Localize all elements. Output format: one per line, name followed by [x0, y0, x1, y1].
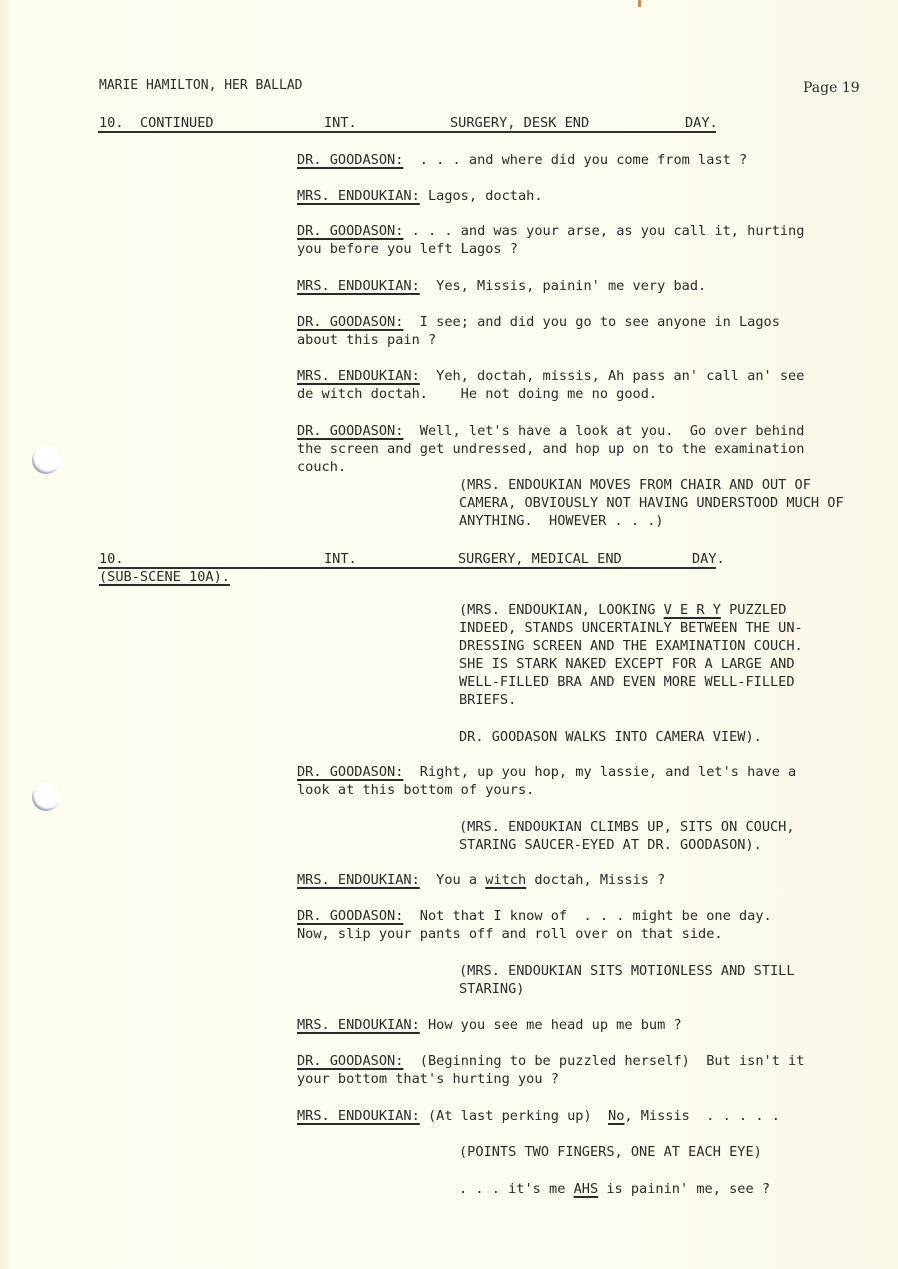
dialogue-line: DR. GOODASON: Not that I know of . . . m… [297, 907, 772, 943]
stage-direction: DR. GOODASON WALKS INTO CAMERA VIEW). [459, 728, 762, 746]
dialogue-line: MRS. ENDOUKIAN: How you see me head up m… [297, 1016, 682, 1034]
speaker-name: DR. GOODASON: [297, 152, 403, 168]
scene-int-ext: INT. [324, 550, 357, 568]
direction-line: (MRS. ENDOUKIAN CLIMBS UP, SITS ON COUCH… [459, 819, 795, 835]
dialogue-text: . . . and was your arse, as you call it,… [403, 223, 804, 239]
dialogue-text: about this pain ? [297, 332, 436, 348]
scene-time: DAY. [692, 550, 725, 568]
dialogue-text: de witch doctah. He not doing me no good… [297, 386, 657, 402]
scene-number: 10. [99, 550, 124, 568]
punch-hole-top [32, 446, 60, 474]
dialogue-line: MRS. ENDOUKIAN: Yeh, doctah, missis, Ah … [297, 367, 804, 403]
speaker-name: DR. GOODASON: [297, 1053, 403, 1069]
dialogue-text: the screen and get undressed, and hop up… [297, 441, 804, 457]
direction-line: STARING SAUCER-EYED AT DR. GOODASON). [459, 837, 762, 853]
speaker-name: MRS. ENDOUKIAN: [297, 1108, 420, 1124]
dialogue-text: Right, up you hop, my lassie, and let's … [403, 764, 796, 780]
speaker-name: DR. GOODASON: [297, 223, 403, 239]
dialogue-text: couch. [297, 459, 346, 475]
direction-line: CAMERA, OBVIOUSLY NOT HAVING UNDERSTOOD … [459, 495, 844, 511]
direction-line: (MRS. ENDOUKIAN, LOOKING [459, 602, 664, 618]
stage-direction: (POINTS TWO FINGERS, ONE AT EACH EYE) [459, 1143, 762, 1161]
dialogue-text: Well, let's have a look at you. Go over … [403, 423, 804, 439]
stage-direction: (MRS. ENDOUKIAN, LOOKING V E R Y PUZZLED… [459, 601, 803, 709]
speaker-name: MRS. ENDOUKIAN: [297, 188, 420, 204]
direction-line: STARING) [459, 981, 524, 997]
direction-line: WELL-FILLED BRA AND EVEN MORE WELL-FILLE… [459, 674, 795, 690]
speaker-name: MRS. ENDOUKIAN: [297, 278, 420, 294]
speaker-name: MRS. ENDOUKIAN: [297, 1017, 420, 1033]
speaker-name: MRS. ENDOUKIAN: [297, 872, 420, 888]
dialogue-text: (At last perking up) [420, 1108, 608, 1124]
direction-line: (MRS. ENDOUKIAN MOVES FROM CHAIR AND OUT… [459, 477, 811, 493]
dialogue-text: Now, slip your pants off and roll over o… [297, 926, 723, 942]
direction-line: SHE IS STARK NAKED EXCEPT FOR A LARGE AN… [459, 656, 795, 672]
speaker-name: DR. GOODASON: [297, 314, 403, 330]
emphasis-text: witch [485, 872, 526, 888]
dialogue-text: Yeh, doctah, missis, Ah pass an' call an… [420, 368, 805, 384]
stage-direction: (MRS. ENDOUKIAN CLIMBS UP, SITS ON COUCH… [459, 818, 795, 854]
dialogue-text: doctah, Missis ? [526, 872, 665, 888]
dialogue-line: MRS. ENDOUKIAN: You a witch doctah, Miss… [297, 871, 665, 889]
dialogue-text: I see; and did you go to see anyone in L… [403, 314, 779, 330]
stage-direction: (MRS. ENDOUKIAN MOVES FROM CHAIR AND OUT… [459, 476, 844, 530]
scene-location: SURGERY, MEDICAL END [458, 550, 622, 568]
emphasis-text: AHS [574, 1181, 599, 1197]
scene-heading-rule [98, 131, 716, 133]
emphasis-text: No [608, 1108, 624, 1124]
dialogue-text: Lagos, doctah. [420, 188, 543, 204]
punch-hole-bottom [32, 783, 60, 811]
page-number: Page 19 [803, 79, 860, 97]
sub-scene-label: (SUB-SCENE 10A). [99, 568, 230, 586]
dialogue-text: (Beginning to be puzzled herself) But is… [403, 1053, 804, 1069]
direction-line: DRESSING SCREEN AND THE EXAMINATION COUC… [459, 638, 803, 654]
direction-line: (MRS. ENDOUKIAN SITS MOTIONLESS AND STIL… [459, 963, 795, 979]
dialogue-text: . . . and where did you come from last ? [403, 152, 747, 168]
dialogue-line: DR. GOODASON: Well, let's have a look at… [297, 422, 804, 476]
dialogue-text: Yes, Missis, painin' me very bad. [420, 278, 706, 294]
emphasis-text: V E R Y [664, 602, 721, 618]
dialogue-line: MRS. ENDOUKIAN: Lagos, doctah. [297, 187, 543, 205]
scene-location: SURGERY, DESK END [450, 114, 589, 132]
dialogue-text: you before you left Lagos ? [297, 241, 518, 257]
dialogue-text: . . . it's me [459, 1181, 574, 1197]
sub-scene-text: (SUB-SCENE 10A). [99, 569, 230, 585]
dialogue-text: your bottom that's hurting you ? [297, 1071, 559, 1087]
dialogue-line: DR. GOODASON: I see; and did you go to s… [297, 313, 780, 349]
dialogue-text: , Missis . . . . . [624, 1108, 780, 1124]
dialogue-text: is painin' me, see ? [598, 1181, 770, 1197]
dialogue-text: You a [420, 872, 485, 888]
scene-int-ext: INT. [324, 114, 357, 132]
direction-line: PUZZLED [721, 602, 786, 618]
direction-line: ANYTHING. HOWEVER . . .) [459, 513, 664, 529]
script-title: MARIE HAMILTON, HER BALLAD [99, 77, 303, 95]
stage-direction: (MRS. ENDOUKIAN SITS MOTIONLESS AND STIL… [459, 962, 795, 998]
speaker-name: DR. GOODASON: [297, 423, 403, 439]
speaker-name: DR. GOODASON: [297, 764, 403, 780]
dialogue-text: Not that I know of . . . might be one da… [403, 908, 771, 924]
dialogue-line: DR. GOODASON: . . . and where did you co… [297, 151, 747, 169]
direction-line: INDEED, STANDS UNCERTAINLY BETWEEN THE U… [459, 620, 803, 636]
dialogue-line: . . . it's me AHS is painin' me, see ? [459, 1180, 770, 1198]
scene-number: 10. CONTINUED [99, 114, 214, 132]
dialogue-line: MRS. ENDOUKIAN: Yes, Missis, painin' me … [297, 277, 706, 295]
direction-line: BRIEFS. [459, 692, 516, 708]
dialogue-line: DR. GOODASON: (Beginning to be puzzled h… [297, 1052, 804, 1088]
scene-time: DAY. [685, 114, 718, 132]
staple-mark [638, 0, 641, 7]
dialogue-line: MRS. ENDOUKIAN: (At last perking up) No,… [297, 1107, 780, 1125]
dialogue-line: DR. GOODASON: Right, up you hop, my lass… [297, 763, 796, 799]
dialogue-text: look at this bottom of yours. [297, 782, 534, 798]
speaker-name: DR. GOODASON: [297, 908, 403, 924]
dialogue-line: DR. GOODASON: . . . and was your arse, a… [297, 222, 804, 258]
script-page: MARIE HAMILTON, HER BALLAD Page 19 10. C… [0, 0, 898, 1269]
dialogue-text: How you see me head up me bum ? [420, 1017, 682, 1033]
speaker-name: MRS. ENDOUKIAN: [297, 368, 420, 384]
